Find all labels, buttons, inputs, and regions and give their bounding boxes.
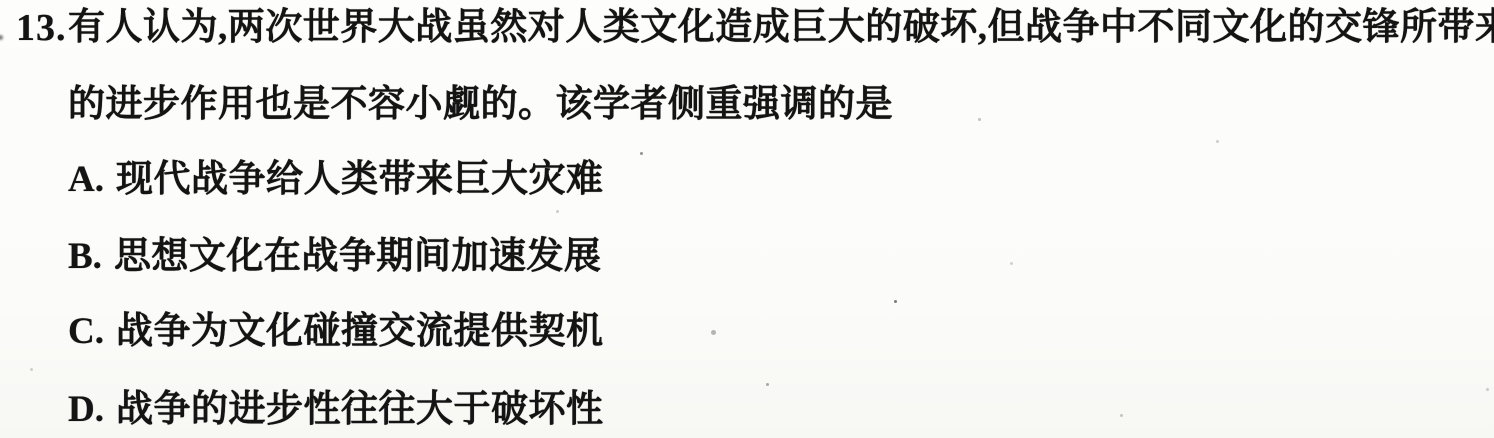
option-d-text: 战争的进步性往往大于破坏性 <box>116 391 604 428</box>
option-d-label: D. <box>68 391 104 428</box>
option-c-text: 战争为文化碰撞交流提供契机 <box>116 313 604 350</box>
option-b-text: 思想文化在战争期间加速发展 <box>114 238 602 275</box>
exam-page: 13. 有人认为,两次世界大战虽然对人类文化造成巨大的破坏,但战争中不同文化的交… <box>0 0 1494 438</box>
option-b-label: B. <box>68 238 102 275</box>
option-a: A.现代战争给人类带来巨大灾难 <box>68 161 603 198</box>
question-stem-line2: 的进步作用也是不容小觑的。该学者侧重强调的是 <box>68 86 893 123</box>
option-c-label: C. <box>68 313 104 350</box>
question-stem-line1: 有人认为,两次世界大战虽然对人类文化造成巨大的破坏,但战争中不同文化的交锋所带来 <box>68 9 1494 46</box>
option-d: D.战争的进步性往往大于破坏性 <box>68 391 603 428</box>
option-b: B.思想文化在战争期间加速发展 <box>68 238 601 275</box>
question-number: 13. <box>16 9 67 47</box>
option-a-text: 现代战争给人类带来巨大灾难 <box>116 161 604 198</box>
scan-noise-speckles <box>0 0 3 3</box>
option-c: C.战争为文化碰撞交流提供契机 <box>68 313 603 350</box>
option-a-label: A. <box>68 161 104 198</box>
